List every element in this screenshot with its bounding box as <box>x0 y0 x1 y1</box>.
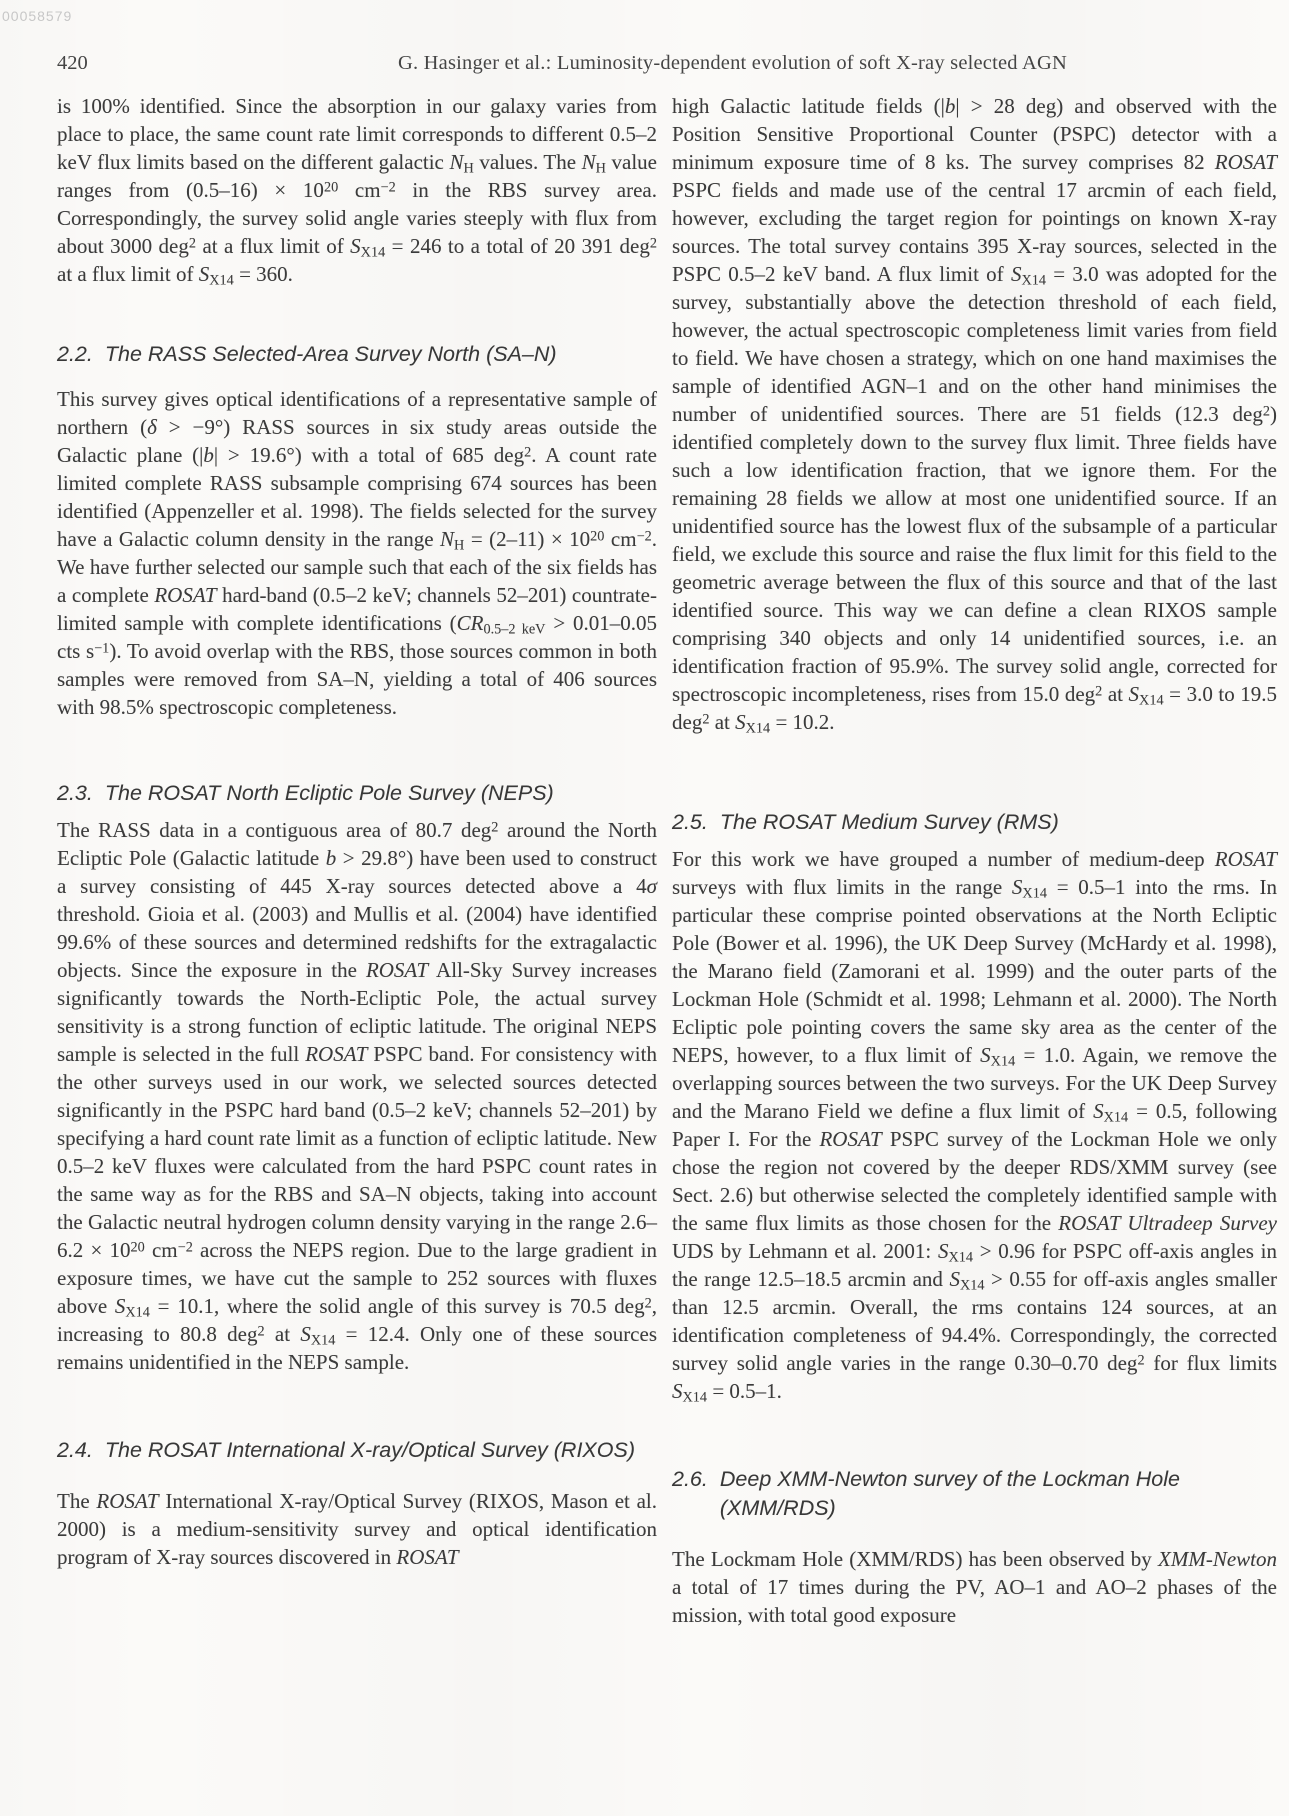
section-2-5-heading: 2.5. The ROSAT Medium Survey (RMS) <box>672 808 1277 837</box>
rixos-paragraph: The ROSAT International X-ray/Optical Su… <box>57 1487 657 1571</box>
sa-n-paragraph: This survey gives optical identification… <box>57 385 657 721</box>
section-2-4-heading: 2.4. The ROSAT International X-ray/Optic… <box>57 1436 657 1465</box>
left-column: is 100% identified. Since the absorption… <box>57 0 657 1571</box>
intro-paragraph: is 100% identified. Since the absorption… <box>57 92 657 288</box>
section-2-2-title: The RASS Selected-Area Survey North (SA–… <box>105 340 657 369</box>
section-2-3-title: The ROSAT North Ecliptic Pole Survey (NE… <box>105 779 657 808</box>
section-2-5-number: 2.5. <box>672 808 708 837</box>
section-2-4-number: 2.4. <box>57 1436 93 1465</box>
section-2-2-heading: 2.2. The RASS Selected-Area Survey North… <box>57 340 657 369</box>
right-column: high Galactic latitude fields (|b| > 28 … <box>672 0 1277 1629</box>
section-2-3-heading: 2.3. The ROSAT North Ecliptic Pole Surve… <box>57 779 657 808</box>
section-2-3-number: 2.3. <box>57 779 93 808</box>
rms-paragraph: For this work we have grouped a number o… <box>672 845 1277 1405</box>
scanned-paper-page: 00058579 420 G. Hasinger et al.: Luminos… <box>0 0 1289 1816</box>
section-2-2-number: 2.2. <box>57 340 93 369</box>
section-2-6-title: Deep XMM-Newton survey of the Lockman Ho… <box>720 1465 1277 1523</box>
section-2-6-number: 2.6. <box>672 1465 708 1523</box>
neps-paragraph: The RASS data in a contiguous area of 80… <box>57 816 657 1376</box>
section-2-4-title: The ROSAT International X-ray/Optical Su… <box>105 1436 657 1465</box>
xmm-rds-paragraph: The Lockmam Hole (XMM/RDS) has been obse… <box>672 1545 1277 1629</box>
section-2-6-heading: 2.6. Deep XMM-Newton survey of the Lockm… <box>672 1465 1277 1523</box>
section-2-5-title: The ROSAT Medium Survey (RMS) <box>720 808 1277 837</box>
rixos-continued-paragraph: high Galactic latitude fields (|b| > 28 … <box>672 92 1277 736</box>
